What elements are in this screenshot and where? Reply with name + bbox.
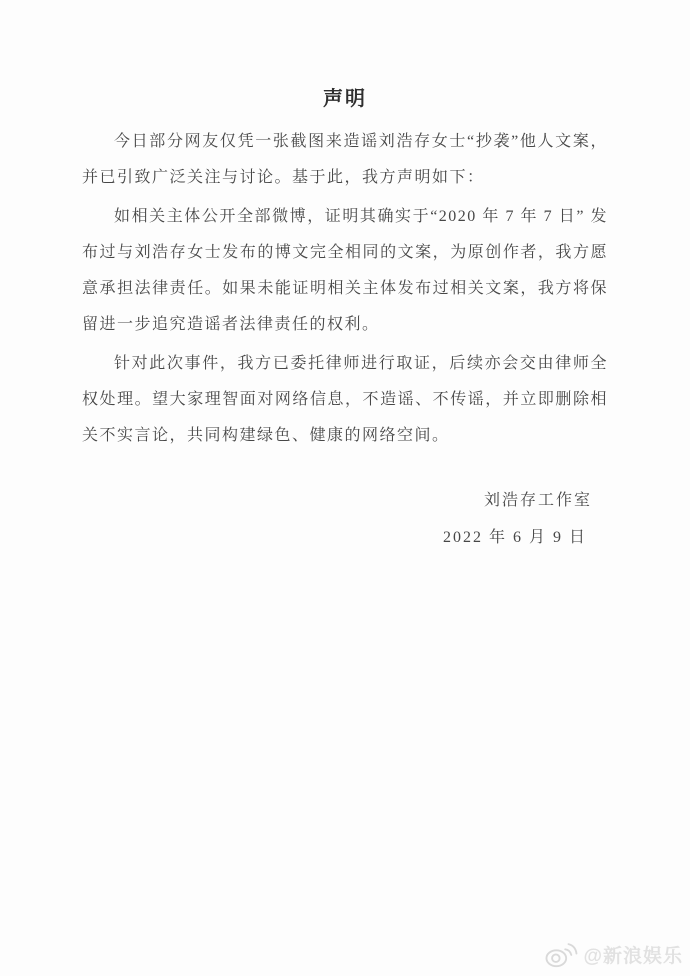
statement-paragraph-1: 今日部分网友仅凭一张截图来造谣刘浩存女士“抄袭”他人文案，并已引致广泛关注与讨论… — [82, 124, 608, 196]
weibo-logo-icon — [544, 939, 578, 969]
statement-paragraph-3: 针对此次事件，我方已委托律师进行取证，后续亦会交由律师全权处理。望大家理智面对网… — [82, 346, 608, 454]
signature: 刘浩存工作室 — [82, 482, 608, 519]
watermark: @新浪娱乐 — [544, 939, 683, 969]
watermark-handle: @新浪娱乐 — [583, 941, 683, 968]
statement-content: 声明 今日部分网友仅凭一张截图来造谣刘浩存女士“抄袭”他人文案，并已引致广泛关注… — [82, 86, 608, 556]
statement-date: 2022 年 6 月 9 日 — [82, 519, 608, 556]
statement-title: 声明 — [82, 86, 608, 112]
statement-paragraph-2: 如相关主体公开全部微博，证明其确实于“2020 年 7 年 7 日” 发布过与刘… — [82, 199, 608, 343]
signature-block: 刘浩存工作室 2022 年 6 月 9 日 — [82, 482, 608, 556]
statement-document: 声明 今日部分网友仅凭一张截图来造谣刘浩存女士“抄袭”他人文案，并已引致广泛关注… — [0, 0, 690, 976]
